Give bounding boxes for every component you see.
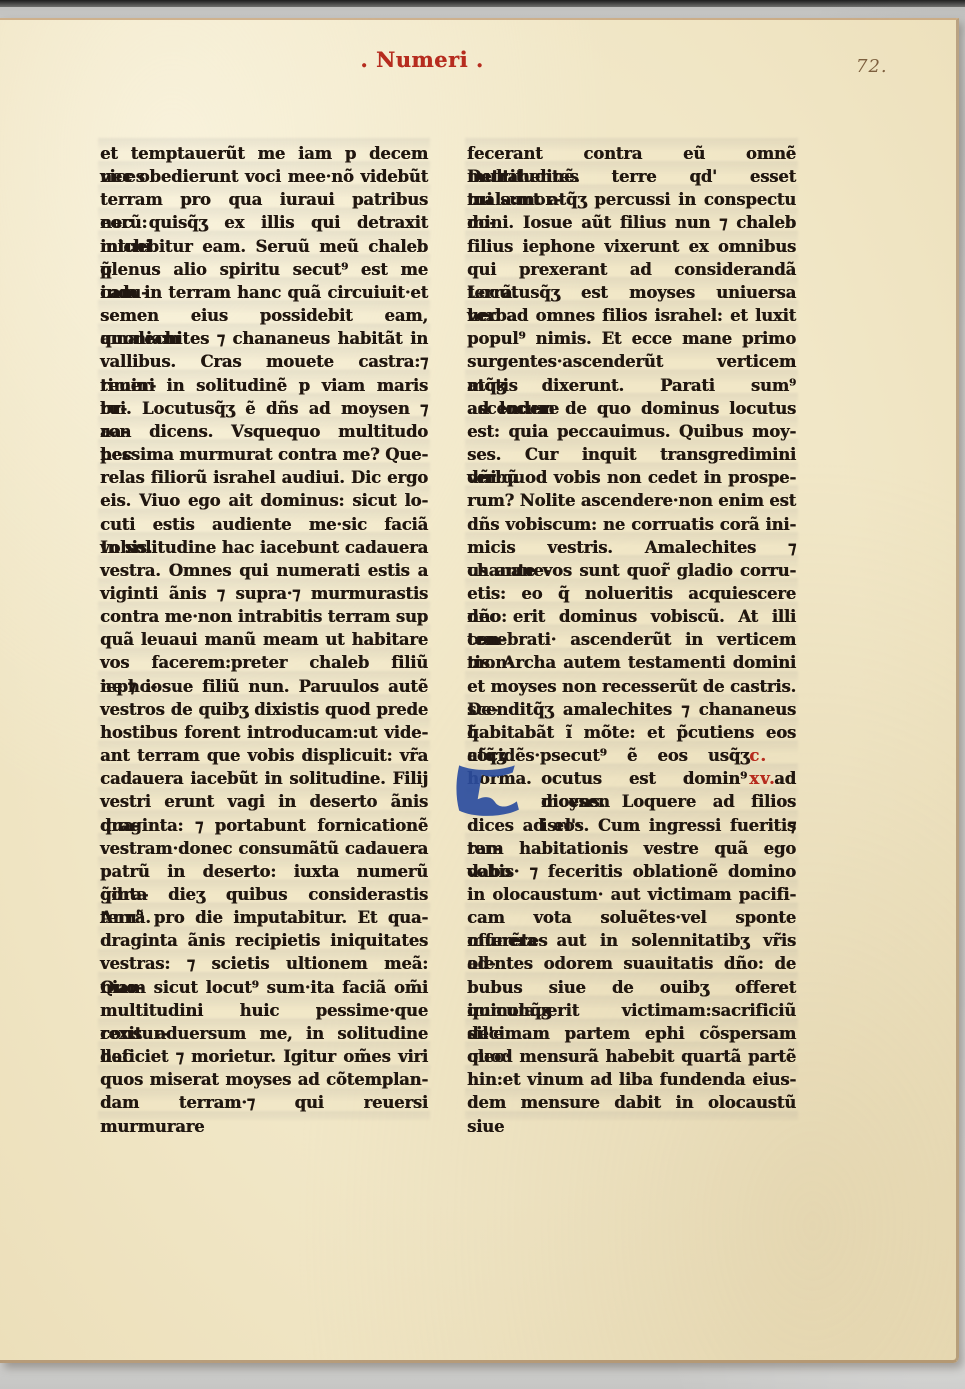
text-line: amalechites ⁊ chananeus habitãt in: [100, 327, 428, 350]
text-line: bri. Locutusq̃ʒ ẽ dñs ad moysen ⁊ aa-: [100, 397, 428, 420]
text-line: intuebitur eam. Seruũ meũ chaleb q̃: [100, 235, 428, 258]
text-line: bubus siue de ouibʒ offeret quicunq̃ʒ: [467, 976, 796, 999]
text-line: surgentes·ascenderũt verticem mõtis: [467, 350, 796, 373]
text-line: multitudini huic pessime·que consur-: [100, 999, 428, 1022]
text-line: cam in terram hanc quã circuiuit·et: [100, 281, 428, 304]
text-line: vestras: ⁊ scietis ultionem meã: Quo-: [100, 952, 428, 975]
text-line-with-chapter-rubric: cõcidẽs·psecut⁹ ẽ eos usq̃ʒ horma. c. xv…: [467, 744, 796, 767]
text-line: Locutusq̃ʒ est moyses uniuersa verba: [467, 281, 796, 304]
text-line: dem mensure dabit in olocaustũ siue: [467, 1091, 796, 1114]
text-line: quã leuaui manũ meam ut habitare: [100, 628, 428, 651]
text-line: vos facerem:preter chaleb filiũ iepho-: [100, 651, 428, 674]
text-line: vestram·donec consumãtũ cadauera: [100, 837, 428, 860]
text-line: hin:et vinum ad liba fundenda eius-: [467, 1068, 796, 1091]
photo-top-edge: [0, 0, 965, 7]
text-line: ses. Cur inquit transgredimini verbũ: [467, 443, 796, 466]
text-line: ne·⁊ iosue filiũ nun. Paruulos autẽ: [100, 675, 428, 698]
text-line: etis: eo q̃ nolueritis acquiescere dño:: [467, 582, 796, 605]
text-line: dñs vobiscum: ne corruatis corã ini-: [467, 513, 796, 536]
text-line: ad locum de quo dominus locutus: [467, 397, 796, 420]
text-line: quod mensurã habebit quartã partẽ: [467, 1045, 796, 1068]
text-line: et temptauerũt me iam p decem vices: [100, 142, 428, 165]
text-line: decimam partem ephi cõspersam oleo·: [467, 1022, 796, 1045]
text-line: deficiet ⁊ morietur. Igitur om̃es viri: [100, 1045, 428, 1068]
text-line: nec obedierunt voci mee·nõ videbũt: [100, 165, 428, 188]
text-line: vestros de quibʒ dixistis quod prede: [100, 698, 428, 721]
text-line: est: quia peccauimus. Quibus moy-: [467, 420, 796, 443]
text-line: vobis· ⁊ feceritis oblationẽ domino: [467, 860, 796, 883]
text-line: vallibus. Cras mouete castra:⁊ reuer-: [100, 350, 428, 373]
text-line: micis vestris. Amalechites ⁊ chanane-: [467, 536, 796, 559]
text-line: ocutus est domin⁹ ad moysen: [467, 767, 796, 790]
text-line: cuti estis audiente me·sic faciã vobis.: [100, 513, 428, 536]
text-line: cadauera iacebũt in solitudine. Filij: [100, 767, 428, 790]
text-line: terram pro qua iuraui patribus eorũ:: [100, 188, 428, 211]
text-line: dices ad eos. Cum ingressi fueritis ter-: [467, 814, 796, 837]
text-line: In solitudine hac iacebunt cadauera: [100, 536, 428, 559]
text-line: Detrahentes terre qd' esset mala:mor-: [467, 165, 796, 188]
text-line: nec erit dominus vobiscũ. At illi con-: [467, 605, 796, 628]
text-line: hostibus forent introducam:ut vide-: [100, 721, 428, 744]
text-line: olentes odorem suauitatis dño: de: [467, 952, 796, 975]
text-line: timini in solitudinẽ p viam maris ru-: [100, 374, 428, 397]
text-line: rum? Nolite ascendere·non enim est: [467, 489, 796, 512]
folio-number: 72.: [856, 56, 888, 77]
text-line: scenditq̃ʒ amalechites ⁊ chananeus q̃: [467, 698, 796, 721]
chapter-rubric: c. xv.: [749, 744, 796, 767]
text-line: Ann⁹ pro die imputabitur. Et qua-: [100, 906, 428, 929]
text-line: tis. Archa autem testamenti domini: [467, 651, 796, 674]
text-line: munera· aut in solennitatibʒ vr̃is ad-: [467, 929, 796, 952]
text-line: tui sunt atq̃ʒ percussi in conspectu do-: [467, 188, 796, 211]
text-column-right: fecerant contra eũ omnẽ multitudinẽ. Det…: [467, 142, 796, 1116]
text-line: rexit aduersum me, in solitudine hac: [100, 1022, 428, 1045]
text-line: draginta: ⁊ portabunt fornicationẽ: [100, 814, 428, 837]
text-line: patrũ in deserto: iuxta numerũ q̃dra-: [100, 860, 428, 883]
text-line: plenus alio spiritu secut⁹ est me indu-: [100, 258, 428, 281]
text-line: fecerant contra eũ omnẽ multitudinẽ.: [467, 142, 796, 165]
text-line: tenebrati· ascenderũt in verticem mon-: [467, 628, 796, 651]
text-line: atqʒ dixerunt. Parati sum⁹ ascendere: [467, 374, 796, 397]
running-header-numeri: . Numeri .: [352, 47, 492, 72]
text-line: et moyses non recesserũt de castris. De-: [467, 675, 796, 698]
text-line: relas filiorũ israhel audiui. Dic ergo: [100, 466, 428, 489]
text-line: eis. Viuo ego ait dominus: sicut lo-: [100, 489, 428, 512]
text-line: nec quisq̃ʒ ex illis qui detraxit michi: [100, 211, 428, 234]
text-line: ron dicens. Vsquequo multitudo hec: [100, 420, 428, 443]
text-line: dam terram·⁊ qui reuersi murmurare: [100, 1091, 428, 1114]
text-line: hec ad omnes filios israhel: et luxit: [467, 304, 796, 327]
text-line: cõcidẽs·psecut⁹ ẽ eos usq̃ʒ horma.: [467, 744, 749, 767]
text-line: ram habitationis vestre quã ego dabo: [467, 837, 796, 860]
text-line: qui prexerant ad considerandã terrã.: [467, 258, 796, 281]
manuscript-leaf: . Numeri . 72. et temptauerũt me iam p d…: [0, 18, 959, 1363]
text-line: mini. Iosue aũt filius nun ⁊ chaleb: [467, 211, 796, 234]
text-line: viginti ãnis ⁊ supra·⁊ murmurastis: [100, 582, 428, 605]
text-line: pessima murmurat contra me? Que-: [100, 443, 428, 466]
text-line: us ante vos sunt quor̃ gladio corru-: [467, 559, 796, 582]
text-line: vestri erunt vagi in deserto ãnis qua-: [100, 790, 428, 813]
text-line: habitabãt ĩ mõte: et p̃cutiens eos atq̃ʒ: [467, 721, 796, 744]
text-line: immolauerit victimam:sacrificiũ sil'e: [467, 999, 796, 1022]
text-line: in olocaustum· aut victimam pacifi-: [467, 883, 796, 906]
text-column-left: et temptauerũt me iam p decem vices nec …: [100, 142, 428, 1116]
text-line: popul⁹ nimis. Et ecce mane primo: [467, 327, 796, 350]
text-line: semen eius possidebit eam, quoniam: [100, 304, 428, 327]
text-line: cam vota soluẽtes·vel sponte offerẽtes: [467, 906, 796, 929]
text-line: draginta ãnis recipietis iniquitates: [100, 929, 428, 952]
text-line: filius iephone vixerunt ex omnibus: [467, 235, 796, 258]
text-line: dicens. Loquere ad filios isrl'· ⁊: [467, 790, 796, 813]
text-line: dñi·quod vobis non cedet in prospe-: [467, 466, 796, 489]
text-line: ant terram que vobis displicuit: vr̃a: [100, 744, 428, 767]
text-line: niam sicut locut⁹ sum·ita faciã om̃i: [100, 976, 428, 999]
text-line: quos miserat moyses ad cõtemplan-: [100, 1068, 428, 1091]
text-line: ginta dieʒ quibus considerastis terrã.: [100, 883, 428, 906]
text-line: contra me·non intrabitis terram sup: [100, 605, 428, 628]
text-line: vestra. Omnes qui numerati estis a: [100, 559, 428, 582]
